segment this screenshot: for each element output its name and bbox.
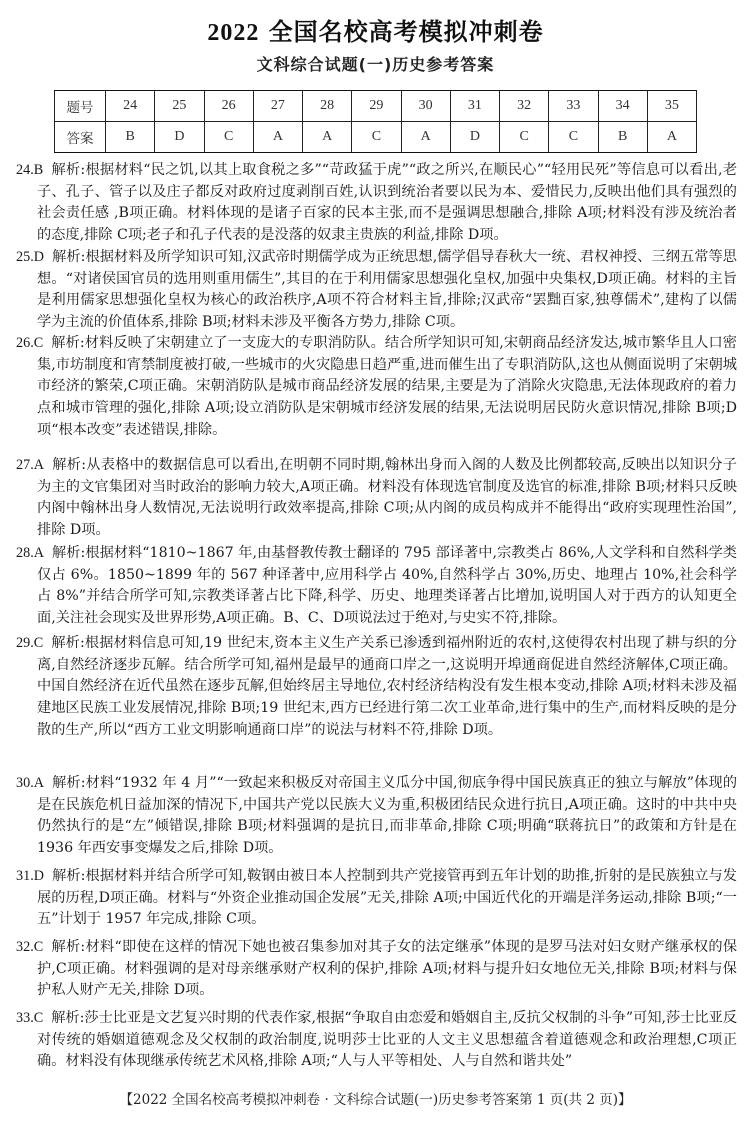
explanation-item-32: 32.C解析:材料“即使在这样的情况下她也被召集参加对其子女的法定继承”体现的是…: [16, 937, 737, 1002]
title-text: 全国名校高考模拟冲刺卷: [269, 18, 544, 46]
answer-cell: B: [106, 122, 155, 153]
question-number: 27: [253, 91, 302, 122]
item-number: 33.C: [16, 1010, 43, 1026]
answer-key-table: 题号 24 25 26 27 28 29 30 31 32 33 34 35 答…: [54, 90, 697, 153]
question-number: 34: [598, 91, 647, 122]
item-text: 材料“即使在这样的情况下她也被召集参加对其子女的法定继承”体现的是罗马法对妇女财…: [37, 939, 737, 998]
item-text: 从表格中的数据信息可以看出,在明朝不同时期,翰林出身而入阁的人数及比例都较高,反…: [37, 457, 737, 538]
explanation-item-33: 33.C解析:莎士比亚是文艺复兴时期的代表作家,根据“争取自由恋爱和婚姻自主,反…: [16, 1008, 737, 1073]
item-number: 31.D: [16, 868, 44, 884]
item-label: 解析:: [52, 545, 85, 561]
question-number: 29: [352, 91, 401, 122]
question-number: 31: [450, 91, 499, 122]
item-number: 25.D: [16, 249, 44, 265]
item-text: 莎士比亚是文艺复兴时期的代表作家,根据“争取自由恋爱和婚姻自主,反抗父权制的斗争…: [37, 1010, 737, 1069]
question-number: 33: [549, 91, 598, 122]
answer-cell: D: [450, 122, 499, 153]
explanation-item-24: 24.B解析:根据材料“民之饥,以其上取食税之多”“苛政猛于虎”“政之所兴,在顺…: [16, 160, 737, 247]
item-number: 24.B: [16, 162, 43, 178]
item-number: 29.C: [16, 635, 43, 651]
question-number: 30: [401, 91, 450, 122]
item-text: 根据材料及所学知识可知,汉武帝时期儒学成为正统思想,儒学倡导春秋大一统、君权神授…: [37, 249, 737, 330]
question-number: 32: [500, 91, 549, 122]
document-title: 2022 全国名校高考模拟冲刺卷: [0, 12, 751, 47]
answer-row: 答案 B D C A A C A D C C B A: [55, 122, 697, 153]
item-label: 解析:: [52, 457, 86, 473]
row-label-question: 题号: [55, 91, 106, 122]
item-text: 材料“1932 年 4 月”“一致起来积极反对帝国主义瓜分中国,彻底争得中国民族…: [37, 775, 737, 856]
explanation-item-31: 31.D解析:根据材料并结合所学可知,鞍钢由被日本人控制到共产党接管再到五年计划…: [16, 866, 737, 931]
explanation-item-30: 30.A解析:材料“1932 年 4 月”“一致起来积极反对帝国主义瓜分中国,彻…: [16, 773, 737, 860]
answer-cell: C: [549, 122, 598, 153]
item-text: 根据材料信息可知,19 世纪末,资本主义生产关系已渗透到福州附近的农村,这使得农…: [37, 635, 737, 738]
page-footer: 【2022 全国名校高考模拟冲刺卷 · 文科综合试题(一)历史参考答案第 1 页…: [0, 1088, 751, 1108]
answer-cell: D: [155, 122, 204, 153]
item-number: 27.A: [16, 457, 44, 473]
item-number: 28.A: [16, 545, 44, 561]
question-number: 35: [647, 91, 696, 122]
explanation-item-27: 27.A解析:从表格中的数据信息可以看出,在明朝不同时期,翰林出身而入阁的人数及…: [16, 455, 737, 542]
item-number: 32.C: [16, 939, 43, 955]
answer-cell: C: [204, 122, 253, 153]
question-number: 26: [204, 91, 253, 122]
explanation-item-29: 29.C解析:根据材料信息可知,19 世纪末,资本主义生产关系已渗透到福州附近的…: [16, 633, 737, 742]
item-label: 解析:: [51, 635, 85, 651]
item-label: 解析:: [51, 939, 85, 955]
answer-cell: A: [303, 122, 352, 153]
item-label: 解析:: [51, 1010, 84, 1026]
item-text: 材料反映了宋朝建立了一支庞大的专职消防队。结合所学知识可知,宋朝商品经济发达,城…: [37, 335, 737, 438]
question-number-row: 题号 24 25 26 27 28 29 30 31 32 33 34 35: [55, 91, 697, 122]
item-label: 解析:: [52, 775, 86, 791]
answer-cell: C: [500, 122, 549, 153]
answer-cell: C: [352, 122, 401, 153]
answer-cell: A: [401, 122, 450, 153]
question-number: 24: [106, 91, 155, 122]
question-number: 28: [303, 91, 352, 122]
item-label: 解析:: [52, 868, 85, 884]
row-label-answer: 答案: [55, 122, 106, 153]
answer-cell: B: [598, 122, 647, 153]
title-year: 2022: [207, 20, 259, 46]
explanation-item-26: 26.C解析:材料反映了宋朝建立了一支庞大的专职消防队。结合所学知识可知,宋朝商…: [16, 333, 737, 442]
question-number: 25: [155, 91, 204, 122]
item-text: 根据材料并结合所学可知,鞍钢由被日本人控制到共产党接管再到五年计划的助推,折射的…: [37, 868, 737, 927]
explanation-item-28: 28.A解析:根据材料“1810~1867 年,由基督教传教士翻译的 795 部…: [16, 543, 737, 630]
item-number: 26.C: [16, 335, 43, 351]
item-text: 根据材料“民之饥,以其上取食税之多”“苛政猛于虎”“政之所兴,在顺民心”“轻用民…: [37, 162, 737, 243]
item-label: 解析:: [51, 162, 85, 178]
document-subtitle: 文科综合试题(一)历史参考答案: [0, 52, 751, 75]
answer-cell: A: [647, 122, 696, 153]
item-text: 根据材料“1810~1867 年,由基督教传教士翻译的 795 部译著中,宗教类…: [37, 545, 737, 626]
item-number: 30.A: [16, 775, 44, 791]
answer-cell: A: [253, 122, 302, 153]
item-label: 解析:: [51, 335, 84, 351]
item-label: 解析:: [52, 249, 85, 265]
explanation-item-25: 25.D解析:根据材料及所学知识可知,汉武帝时期儒学成为正统思想,儒学倡导春秋大…: [16, 247, 737, 334]
